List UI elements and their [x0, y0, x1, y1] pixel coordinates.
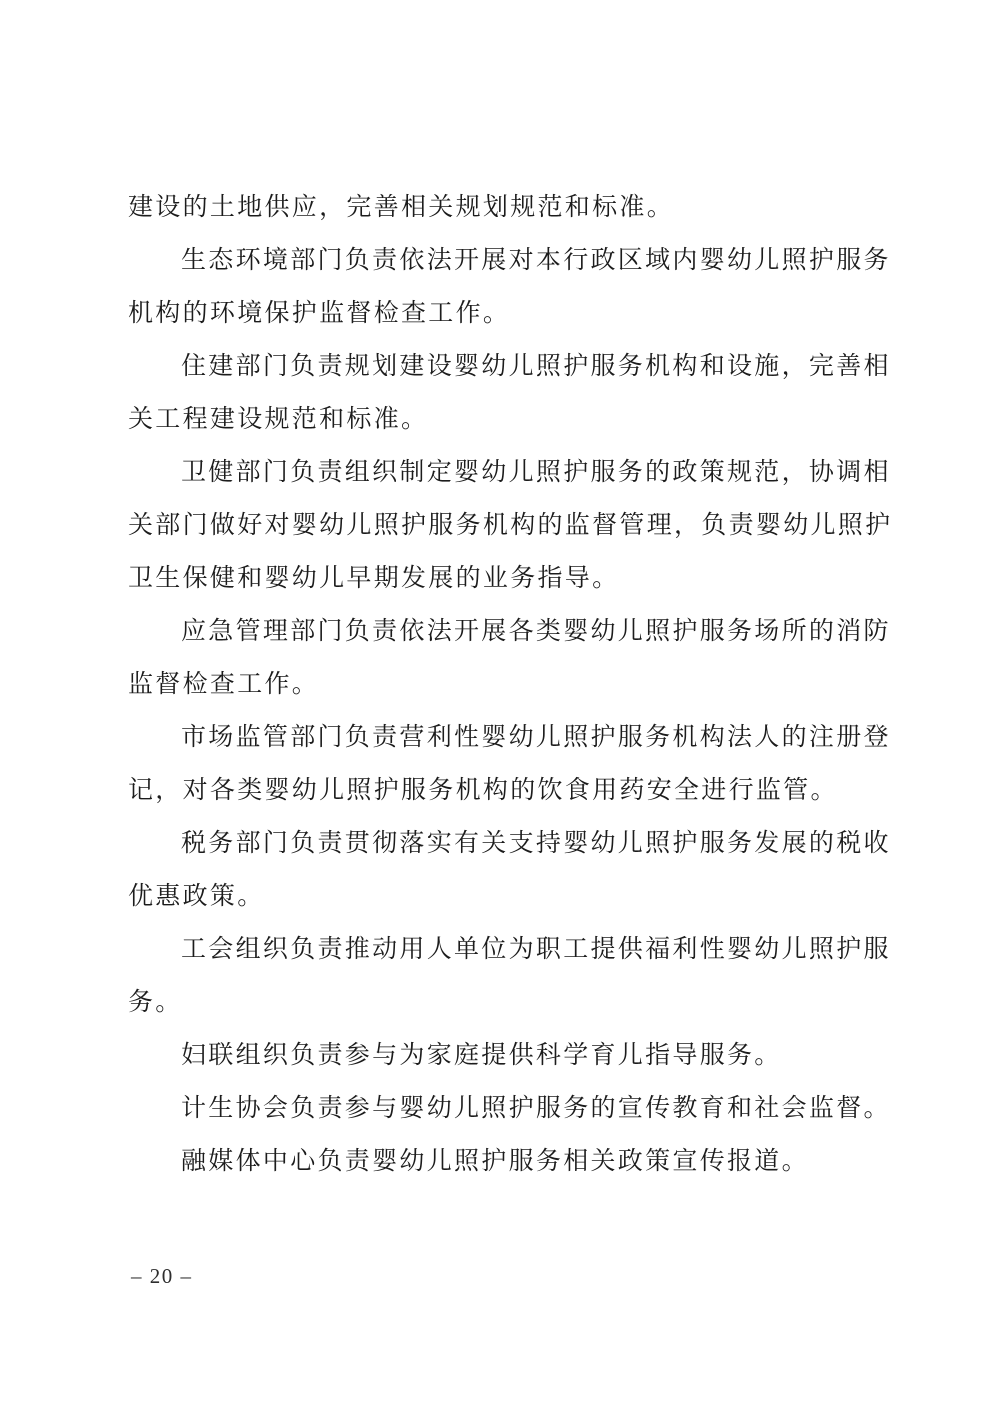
text-line: 融媒体中心负责婴幼儿照护服务相关政策宣传报道。	[128, 1135, 868, 1188]
document-body: 建设的土地供应，完善相关规划规范和标准。生态环境部门负责依法开展对本行政区域内婴…	[128, 181, 868, 1188]
text-line: 机构的环境保护监督检查工作。	[128, 287, 868, 340]
text-line: 工会组织负责推动用人单位为职工提供福利性婴幼儿照护服	[128, 923, 868, 976]
text-line: 监督检查工作。	[128, 658, 868, 711]
text-line: 优惠政策。	[128, 870, 868, 923]
text-line: 关部门做好对婴幼儿照护服务机构的监督管理，负责婴幼儿照护	[128, 499, 868, 552]
text-line: 应急管理部门负责依法开展各类婴幼儿照护服务场所的消防	[128, 605, 868, 658]
text-line: 记，对各类婴幼儿照护服务机构的饮食用药安全进行监管。	[128, 764, 868, 817]
text-line: 关工程建设规范和标准。	[128, 393, 868, 446]
text-line: 妇联组织负责参与为家庭提供科学育儿指导服务。	[128, 1029, 868, 1082]
page-number: – 20 –	[131, 1264, 193, 1289]
text-line: 市场监管部门负责营利性婴幼儿照护服务机构法人的注册登	[128, 711, 868, 764]
text-line: 卫健部门负责组织制定婴幼儿照护服务的政策规范，协调相	[128, 446, 868, 499]
text-line: 税务部门负责贯彻落实有关支持婴幼儿照护服务发展的税收	[128, 817, 868, 870]
text-line: 住建部门负责规划建设婴幼儿照护服务机构和设施，完善相	[128, 340, 868, 393]
text-line: 计生协会负责参与婴幼儿照护服务的宣传教育和社会监督。	[128, 1082, 868, 1135]
text-line: 建设的土地供应，完善相关规划规范和标准。	[128, 181, 868, 234]
text-line: 生态环境部门负责依法开展对本行政区域内婴幼儿照护服务	[128, 234, 868, 287]
text-line: 务。	[128, 976, 868, 1029]
text-line: 卫生保健和婴幼儿早期发展的业务指导。	[128, 552, 868, 605]
document-page: 建设的土地供应，完善相关规划规范和标准。生态环境部门负责依法开展对本行政区域内婴…	[0, 0, 992, 1403]
